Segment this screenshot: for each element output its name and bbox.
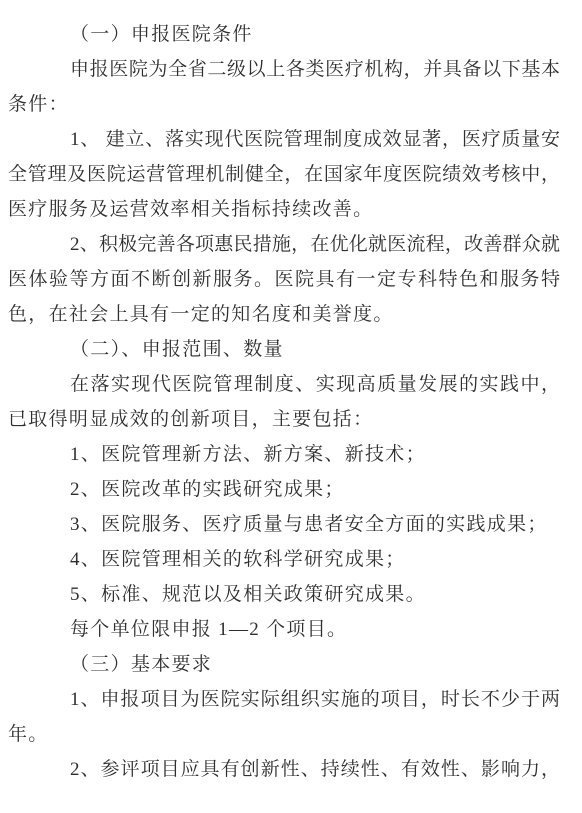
text-line-item-5: 5、标准、规范以及相关政策研究成果。	[8, 577, 560, 612]
text-line: 医疗服务及运营效率相关指标持续改善。	[8, 192, 560, 227]
text-line-quota: 每个单位限申报 1—2 个项目。	[8, 612, 560, 647]
text-line: 全管理及医院运营管理机制健全，在国家年度医院绩效考核中，	[8, 157, 560, 192]
text-line-item-2: 2、积极完善各项惠民措施，在优化就医流程，改善群众就	[8, 227, 560, 262]
text-line-item-4: 4、医院管理相关的软科学研究成果；	[8, 542, 560, 577]
text-line-item-1: 1、申报项目为医院实际组织实施的项目，时长不少于两	[8, 682, 560, 717]
heading-line-section-3: （三）基本要求	[8, 647, 560, 682]
document-page: （一）申报医院条件 申报医院为全省二级以上各类医疗机构，并具备以下基本 条件： …	[0, 0, 582, 813]
text-line: 色，在社会上具有一定的知名度和美誉度。	[8, 297, 560, 332]
text-line: 申报医院为全省二级以上各类医疗机构，并具备以下基本	[8, 52, 560, 87]
heading-line-section-2: （二）、申报范围、数量	[8, 332, 560, 367]
text-line-item-1: 1、 建立、落实现代医院管理制度成效显著，医疗质量安	[8, 122, 560, 157]
text-line: 在落实现代医院管理制度、实现高质量发展的实践中，	[8, 367, 560, 402]
text-line-item-3: 3、医院服务、医疗质量与患者安全方面的实践成果；	[8, 507, 560, 542]
heading-line-section-1: （一）申报医院条件	[8, 17, 560, 52]
text-line-item-2: 2、参评项目应具有创新性、持续性、有效性、影响力，	[8, 752, 560, 787]
text-line: 年。	[8, 717, 560, 752]
text-line-item-1: 1、医院管理新方法、新方案、新技术；	[8, 437, 560, 472]
text-line: 医体验等方面不断创新服务。医院具有一定专科特色和服务特	[8, 262, 560, 297]
text-line-item-2: 2、医院改革的实践研究成果；	[8, 472, 560, 507]
text-line: 条件：	[8, 87, 560, 122]
text-line: 已取得明显成效的创新项目，主要包括：	[8, 402, 560, 437]
